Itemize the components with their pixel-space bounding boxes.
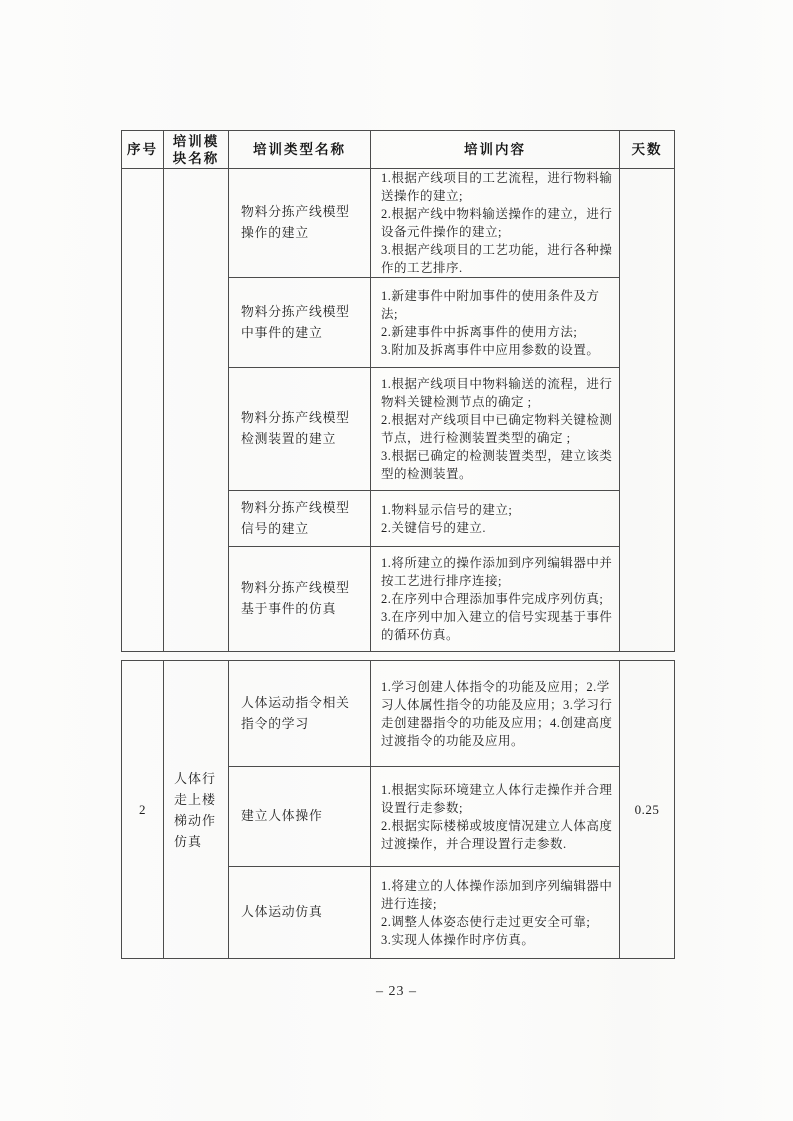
content-cell: 1.物料显示信号的建立; 2.关键信号的建立. <box>371 491 620 547</box>
training-table-part-2: 2 人体行走上楼梯动作仿真 人体运动指令相关指令的学习 1.学习创建人体指令的功… <box>121 660 675 959</box>
training-table-part-1: 序号 培训模块名称 培训类型名称 培训内容 天数 物料分拣产线模型操作的建立 1… <box>121 130 675 652</box>
type-cell: 物料分拣产线模型信号的建立 <box>229 491 371 547</box>
col-header-type: 培训类型名称 <box>229 131 371 169</box>
content-cell: 1.根据产线项目的工艺流程，进行物料输送操作的建立; 2.根据产线中物料输送操作… <box>371 169 620 278</box>
type-cell: 物料分拣产线模型基于事件的仿真 <box>229 547 371 651</box>
content-cell: 1.学习创建人体指令的功能及应用；2.学习人体属性指令的功能及应用；3.学习行走… <box>371 661 620 767</box>
index-cell <box>122 169 164 651</box>
col-header-index: 序号 <box>122 131 164 169</box>
days-cell: 0.25 <box>620 661 674 958</box>
col-header-module: 培训模块名称 <box>164 131 229 169</box>
type-cell: 人体运动指令相关指令的学习 <box>229 661 371 767</box>
type-cell: 建立人体操作 <box>229 767 371 867</box>
type-cell: 物料分拣产线模型中事件的建立 <box>229 278 371 368</box>
col-header-content: 培训内容 <box>371 131 620 169</box>
module-cell: 人体行走上楼梯动作仿真 <box>164 661 229 958</box>
type-cell: 物料分拣产线模型操作的建立 <box>229 169 371 278</box>
col-header-days: 天数 <box>620 131 674 169</box>
content-cell: 1.将建立的人体操作添加到序列编辑器中进行连接; 2.调整人体姿态使行走过更安全… <box>371 867 620 958</box>
type-cell: 物料分拣产线模型检测装置的建立 <box>229 368 371 491</box>
page-number: – 23 – <box>0 984 793 1000</box>
days-cell <box>620 169 674 651</box>
module-cell <box>164 169 229 651</box>
content-cell: 1.将所建立的操作添加到序列编辑器中并按工艺进行排序连接; 2.在序列中合理添加… <box>371 547 620 651</box>
type-cell: 人体运动仿真 <box>229 867 371 958</box>
index-cell: 2 <box>122 661 164 958</box>
content-cell: 1.根据实际环境建立人体行走操作并合理设置行走参数; 2.根据实际楼梯或坡度情况… <box>371 767 620 867</box>
content-cell: 1.根据产线项目中物料输送的流程，进行物料关键检测节点的确定 ; 2.根据对产线… <box>371 368 620 491</box>
content-cell: 1.新建事件中附加事件的使用条件及方法; 2.新建事件中拆离事件的使用方法; 3… <box>371 278 620 368</box>
